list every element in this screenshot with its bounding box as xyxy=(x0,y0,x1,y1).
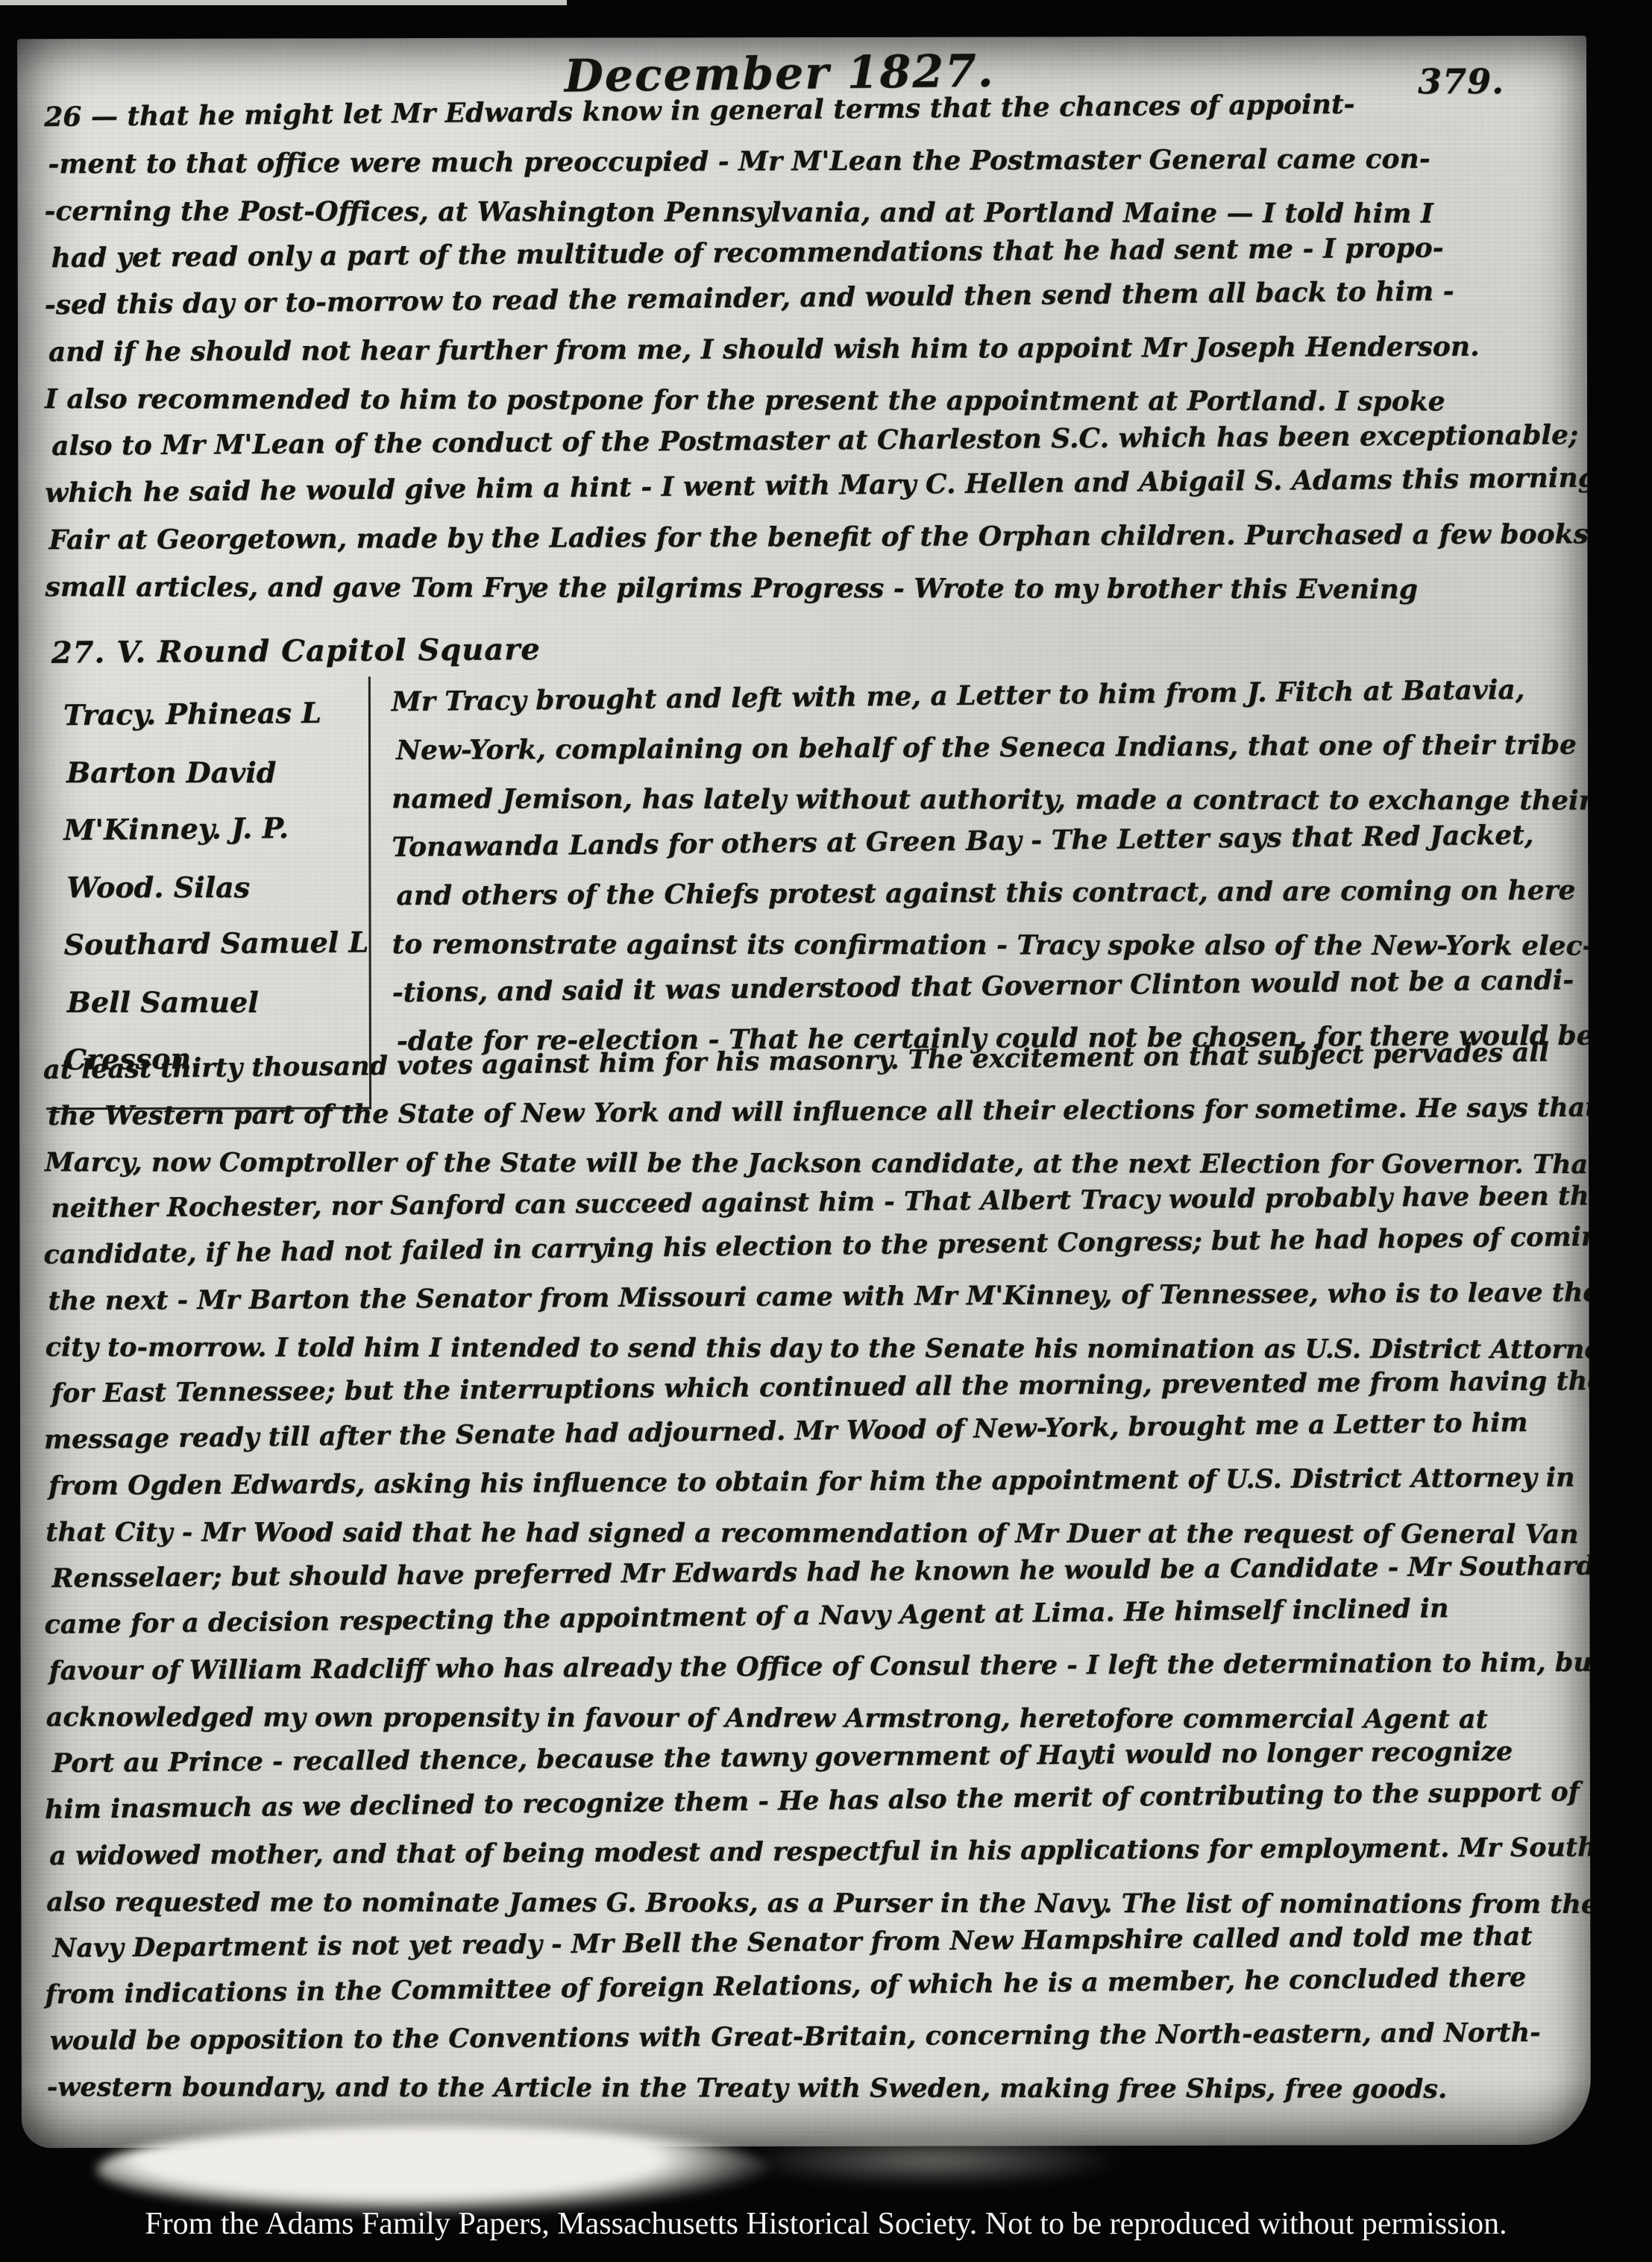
scan-edge-artifact xyxy=(0,0,567,5)
manuscript-line: and others of the Chiefs protest against… xyxy=(396,867,1591,921)
diary-entry-27-body: at least thirty thousand votes against h… xyxy=(43,1044,1580,2111)
manuscript-line: Mr Tracy brought and left with me, a Let… xyxy=(391,665,1591,726)
manuscript-line: from Ogden Edwards, asking his influence… xyxy=(48,1455,1583,1509)
scanned-manuscript-page: December 1827. 379. 26 — that he might l… xyxy=(0,0,1652,2262)
visitor-name: Southard Samuel L xyxy=(63,913,368,973)
diary-entry-26: 26 — that he might let Mr Edwards know i… xyxy=(44,91,1574,611)
manuscript-line: a widowed mother, and that of being mode… xyxy=(49,1825,1584,1879)
page-bottom-curl xyxy=(97,2126,768,2214)
manuscript-line: the next - Mr Barton the Senator from Mi… xyxy=(48,1270,1583,1325)
manuscript-line: New-York, complaining on behalf of the S… xyxy=(395,721,1591,776)
manuscript-line: small articles, and gave Tom Frye the pi… xyxy=(45,564,1574,614)
manuscript-line: -ment to that office were much preoccupi… xyxy=(48,135,1577,188)
visitor-name: Wood. Silas xyxy=(66,858,371,916)
diary-entry-27-visit-notes: Mr Tracy brought and left with me, a Let… xyxy=(370,674,1591,1066)
diary-entry-27-heading: 27. V. Round Capitol Square xyxy=(51,632,541,670)
visitor-name: Bell Samuel xyxy=(67,973,372,1031)
manuscript-line: favour of William Radcliff who has alrea… xyxy=(48,1640,1583,1694)
manuscript-line: and if he should not hear further from m… xyxy=(48,323,1577,376)
manuscript-line: -western boundary, and to the Article in… xyxy=(47,2064,1582,2113)
manuscript-line: would be opposition to the Conventions w… xyxy=(49,2010,1584,2064)
visitor-name: M'Kinney. J. P. xyxy=(63,798,368,858)
manuscript-line: Fair at Georgetown, made by the Ladies f… xyxy=(48,511,1577,564)
manuscript-line: the Western part of the State of New Yor… xyxy=(48,1085,1583,1140)
visitor-name: Tracy. Phineas L xyxy=(63,683,368,744)
archive-attribution: From the Adams Family Papers, Massachuse… xyxy=(0,2206,1652,2242)
visitor-name: Barton David xyxy=(66,744,371,801)
manuscript-page: December 1827. 379. 26 — that he might l… xyxy=(17,36,1591,2148)
page-bottom-shadow xyxy=(738,2134,1126,2187)
